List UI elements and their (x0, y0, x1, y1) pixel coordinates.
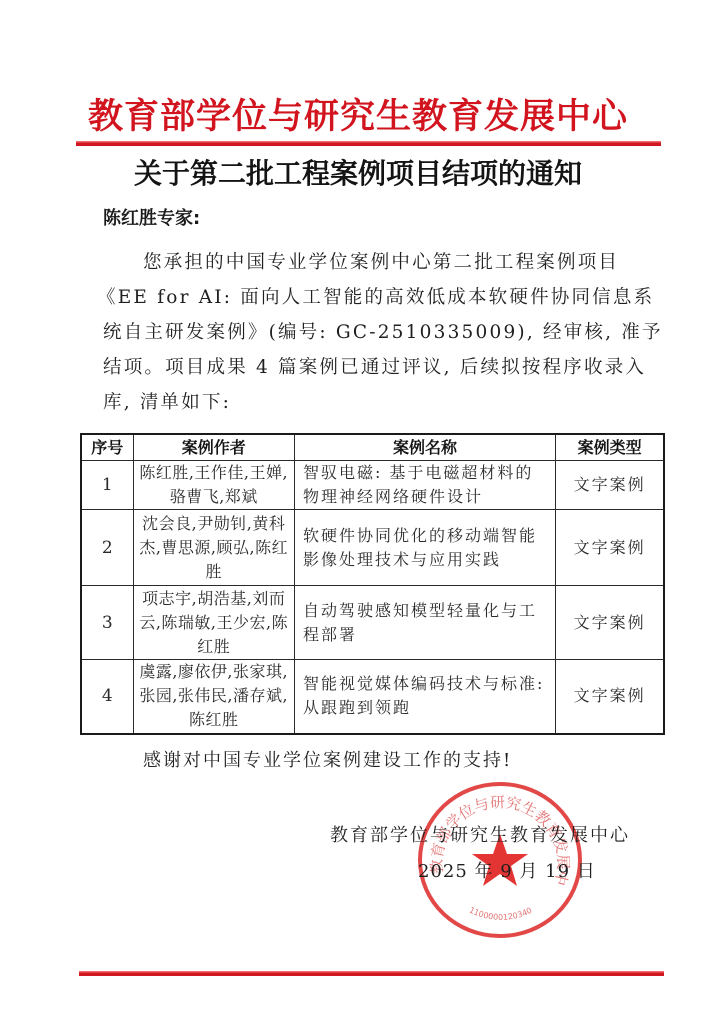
footer-divider (79, 971, 664, 976)
paragraph-line: 您承担的中国专业学位案例中心第二批工程案例项目 (143, 249, 713, 277)
row-no: 2 (81, 510, 133, 586)
svg-text:1100000120340: 1100000120340 (468, 905, 534, 921)
salutation: 陈红胜专家: (103, 205, 200, 233)
header-no: 序号 (81, 434, 133, 461)
row-case-name: 智驭电磁: 基于电磁超材料的物理神经网络硬件设计 (294, 461, 555, 510)
row-case-name: 自动驾驶感知模型轻量化与工程部署 (294, 586, 555, 660)
header-case-type: 案例类型 (556, 434, 664, 461)
paragraph-line: 库, 清单如下: (103, 389, 673, 417)
header-case-name: 案例名称 (294, 434, 555, 461)
row-authors: 项志宇,胡浩基,刘而云,陈瑞敏,王少宏,陈红胜 (133, 586, 294, 660)
row-authors: 沈会良,尹勋钊,黄科杰,曹思源,顾弘,陈红胜 (133, 510, 294, 586)
signature-organization: 教育部学位与研究生教育发展中心 (330, 822, 630, 850)
table-row: 3 项志宇,胡浩基,刘而云,陈瑞敏,王少宏,陈红胜 自动驾驶感知模型轻量化与工程… (81, 586, 664, 660)
table-row: 1 陈红胜,王作佳,王婵,骆曹飞,郑斌 智驭电磁: 基于电磁超材料的物理神经网络… (81, 461, 664, 510)
table-row: 2 沈会良,尹勋钊,黄科杰,曹思源,顾弘,陈红胜 软硬件协同优化的移动端智能影像… (81, 510, 664, 586)
case-list-table: 序号 案例作者 案例名称 案例类型 1 陈红胜,王作佳,王婵,骆曹飞,郑斌 智驭… (80, 433, 665, 735)
notice-title: 关于第二批工程案例项目结项的通知 (0, 154, 716, 194)
signature-date: 2025 年 9 月 19 日 (418, 858, 596, 886)
row-no: 4 (81, 660, 133, 734)
row-case-type: 文字案例 (556, 660, 664, 734)
row-case-type: 文字案例 (556, 461, 664, 510)
table-row: 4 虞露,廖依伊,张家琪,张园,张伟民,潘存斌,陈红胜 智能视觉媒体编码技术与标… (81, 660, 664, 734)
row-case-name: 软硬件协同优化的移动端智能影像处理技术与应用实践 (294, 510, 555, 586)
paragraph-line: 统自主研发案例》(编号: GC-2510335009), 经审核, 准予 (103, 319, 673, 347)
row-authors: 陈红胜,王作佳,王婵,骆曹飞,郑斌 (133, 461, 294, 510)
table-header-row: 序号 案例作者 案例名称 案例类型 (81, 434, 664, 461)
row-authors: 虞露,廖依伊,张家琪,张园,张伟民,潘存斌,陈红胜 (133, 660, 294, 734)
row-case-type: 文字案例 (556, 586, 664, 660)
header-authors: 案例作者 (133, 434, 294, 461)
thanks-line: 感谢对中国专业学位案例建设工作的支持! (143, 747, 512, 775)
paragraph-line: 《EE for AI: 面向人工智能的高效低成本软硬件协同信息系 (97, 284, 667, 312)
organization-header: 教育部学位与研究生教育发展中心 (0, 94, 716, 140)
row-no: 3 (81, 586, 133, 660)
row-case-type: 文字案例 (556, 510, 664, 586)
row-case-name: 智能视觉媒体编码技术与标准: 从跟跑到领跑 (294, 660, 555, 734)
paragraph-line: 结项。项目成果 4 篇案例已通过评议, 后续拟按程序收录入 (103, 354, 673, 382)
header-divider (76, 141, 661, 146)
row-no: 1 (81, 461, 133, 510)
